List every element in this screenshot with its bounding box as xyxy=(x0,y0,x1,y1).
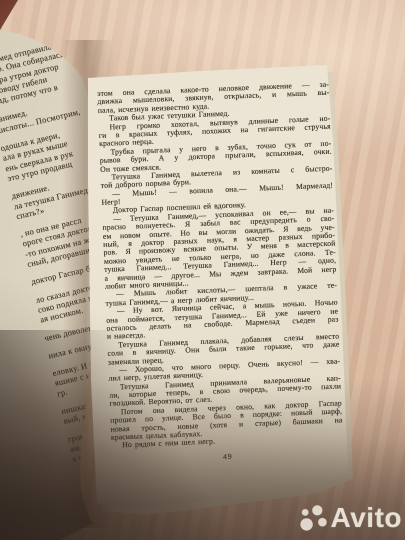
page-number: 49 xyxy=(112,447,344,465)
book-photo: Ганимед отправилась вскую. Она собиралас… xyxy=(0,0,405,540)
right-page-lines: этом она сделала какое-то неловкое движе… xyxy=(97,81,343,451)
right-page-text: этом она сделала какое-то неловкое движе… xyxy=(97,81,344,466)
